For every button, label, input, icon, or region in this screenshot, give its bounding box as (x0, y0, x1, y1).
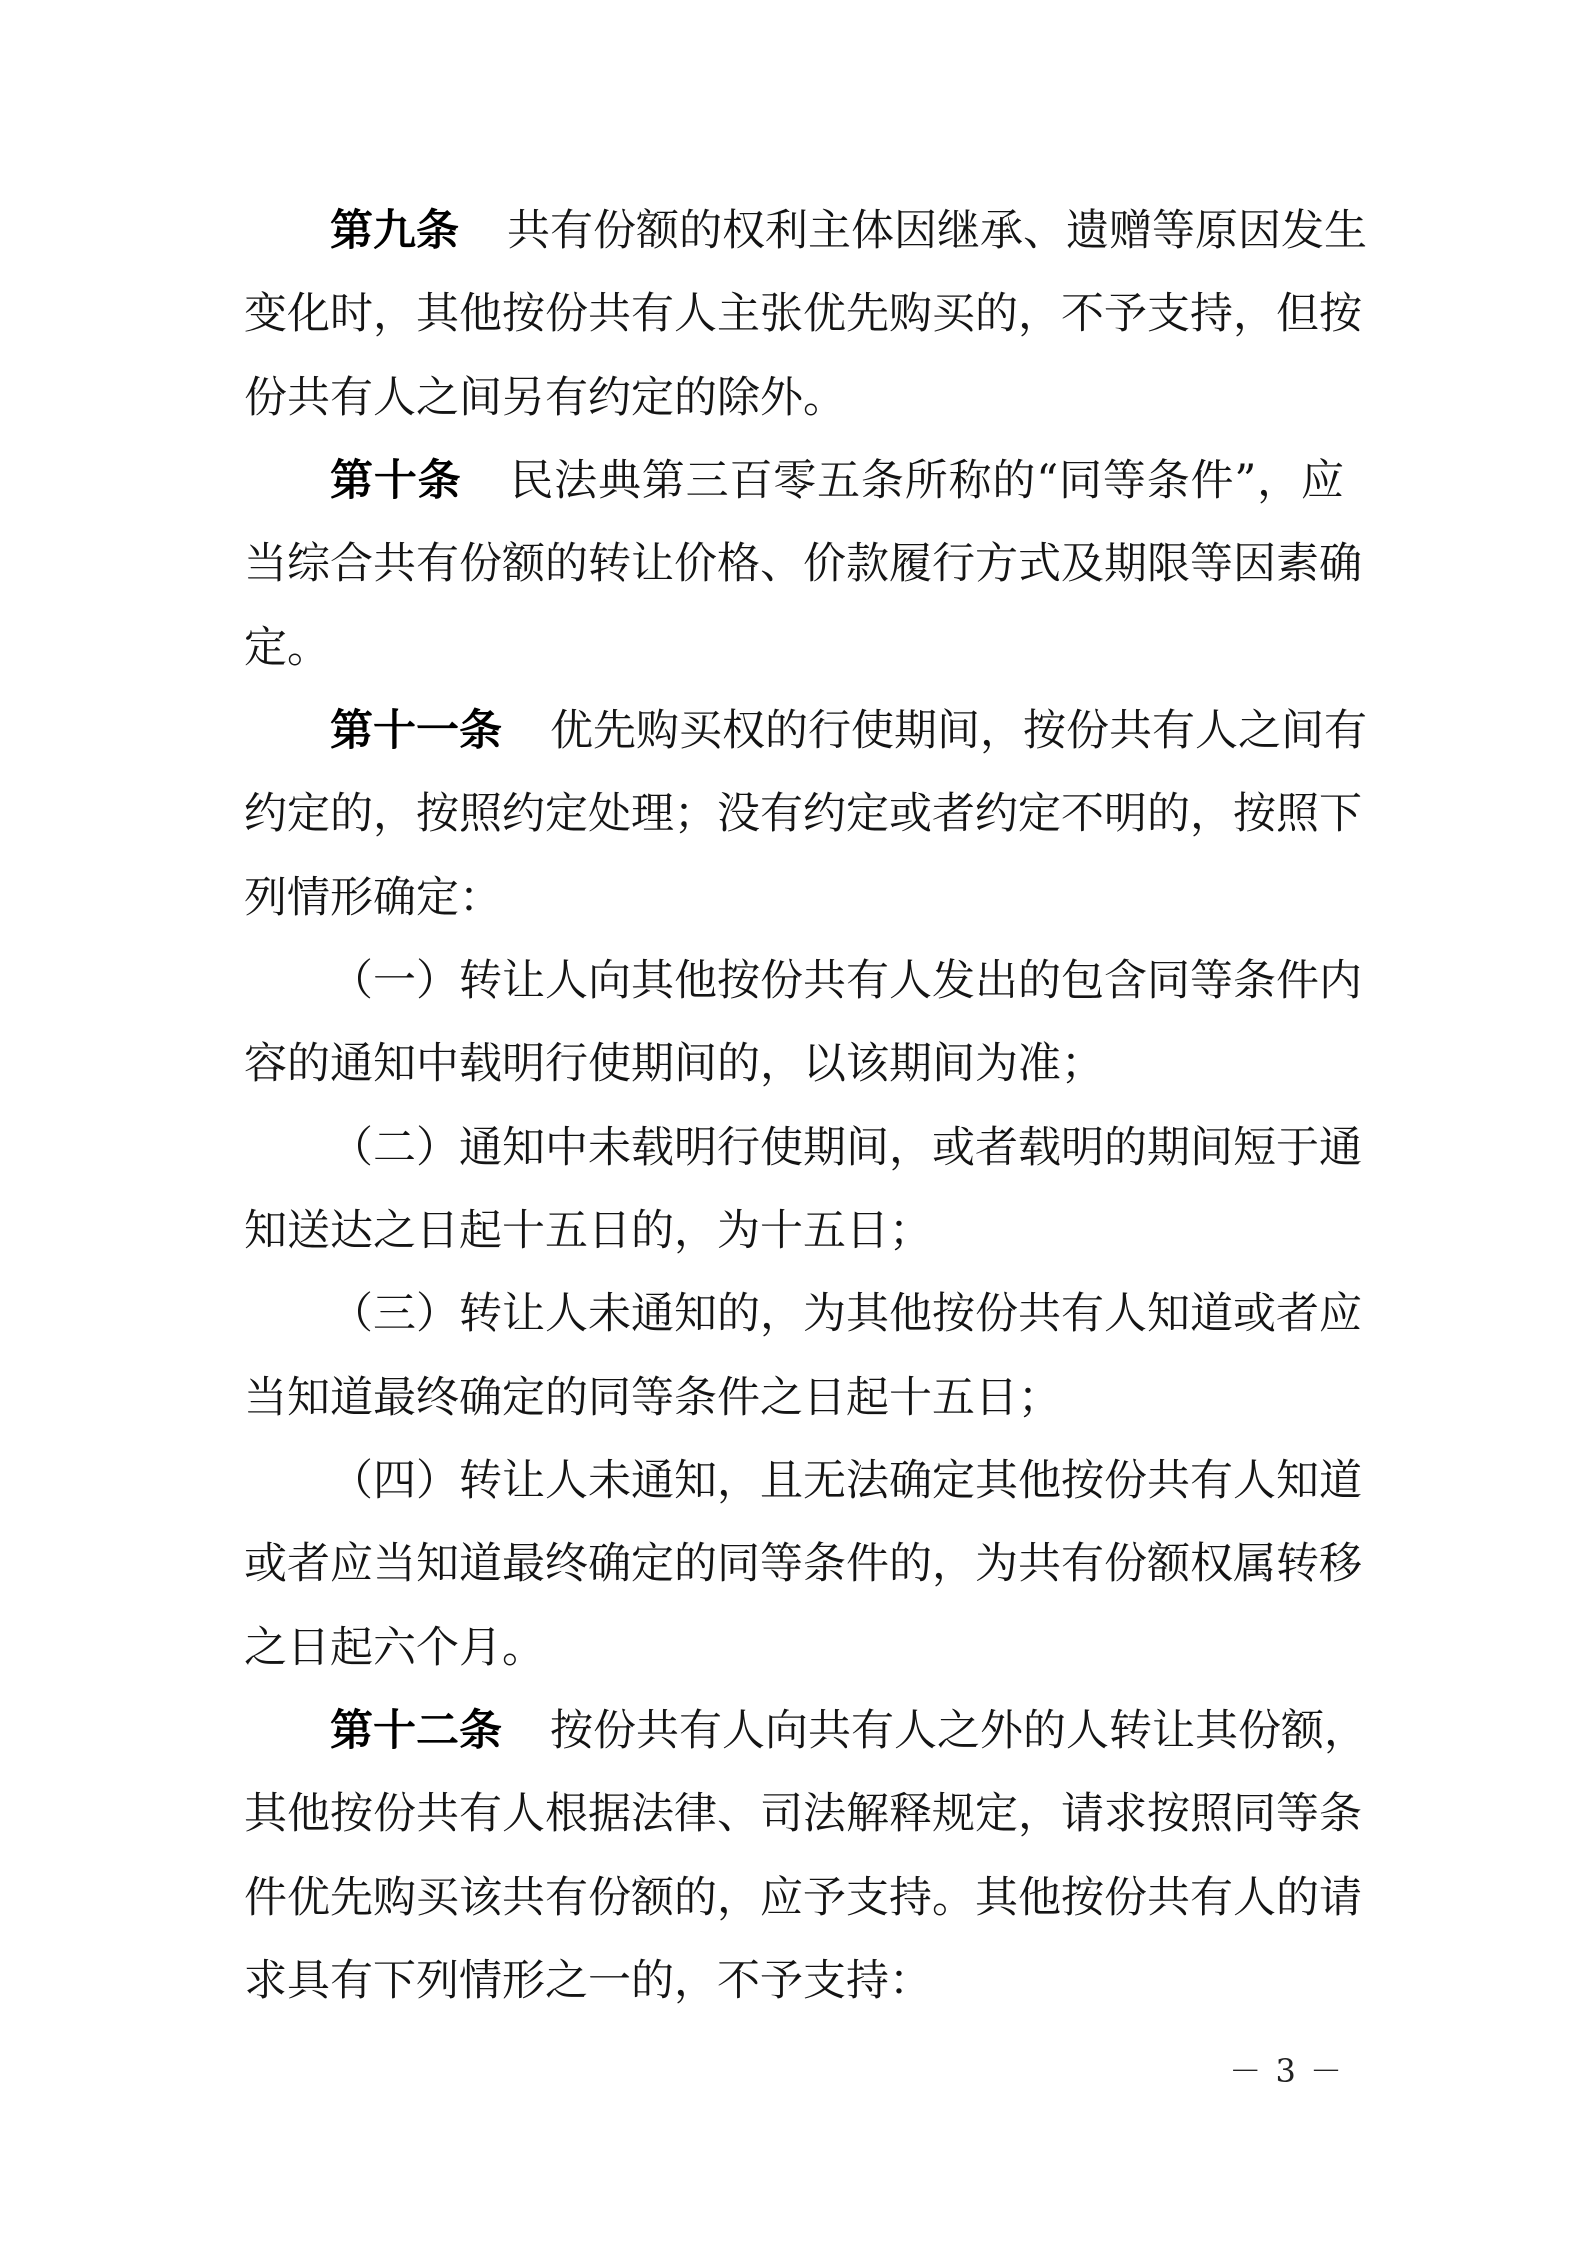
article-11: 第十一条优先购买权的行使期间，按份共有人之间有 约定的，按照约定处理；没有约定或… (244, 690, 1344, 940)
article-line: 第九条共有份额的权利主体因继承、遗赠等原因发生 (244, 190, 1344, 273)
list-item-4: （四）转让人未通知，且无法确定其他按份共有人知道 或者应当知道最终确定的同等条件… (244, 1440, 1344, 1690)
article-10: 第十条民法典第三百零五条所称的“同等条件”，应 当综合共有份额的转让价格、价款履… (244, 440, 1344, 690)
list-item-1: （一）转让人向其他按份共有人发出的包含同等条件内 容的通知中载明行使期间的，以该… (244, 940, 1344, 1107)
item-line: （四）转让人未通知，且无法确定其他按份共有人知道 (244, 1440, 1344, 1523)
item-line: （一）转让人向其他按份共有人发出的包含同等条件内 (244, 940, 1344, 1023)
item-line: 容的通知中载明行使期间的，以该期间为准； (244, 1023, 1344, 1106)
item-line: 知送达之日起十五日的，为十五日； (244, 1190, 1344, 1273)
article-12: 第十二条按份共有人向共有人之外的人转让其份额， 其他按份共有人根据法律、司法解释… (244, 1690, 1344, 2023)
article-9: 第九条共有份额的权利主体因继承、遗赠等原因发生 变化时，其他按份共有人主张优先购… (244, 190, 1344, 440)
article-line: 当综合共有份额的转让价格、价款履行方式及期限等因素确 (244, 523, 1344, 606)
item-line: 当知道最终确定的同等条件之日起十五日； (244, 1357, 1344, 1440)
item-line: （三）转让人未通知的，为其他按份共有人知道或者应 (244, 1273, 1344, 1356)
article-line: 第十二条按份共有人向共有人之外的人转让其份额， (244, 1690, 1344, 1773)
article-line: 列情形确定： (244, 857, 1344, 940)
article-line: 其他按份共有人根据法律、司法解释规定，请求按照同等条 (244, 1773, 1344, 1856)
article-text: 民法典第三百零五条所称的“同等条件”，应 (509, 456, 1344, 506)
article-heading: 第九条 (330, 206, 459, 256)
item-line: 之日起六个月。 (244, 1607, 1344, 1690)
document-page: 第九条共有份额的权利主体因继承、遗赠等原因发生 变化时，其他按份共有人主张优先购… (0, 0, 1587, 2245)
article-text: 按份共有人向共有人之外的人转让其份额， (550, 1706, 1367, 1756)
list-item-2: （二）通知中未载明行使期间，或者载明的期间短于通 知送达之日起十五日的，为十五日… (244, 1107, 1344, 1274)
article-line: 第十一条优先购买权的行使期间，按份共有人之间有 (244, 690, 1344, 773)
list-item-3: （三）转让人未通知的，为其他按份共有人知道或者应 当知道最终确定的同等条件之日起… (244, 1273, 1344, 1440)
document-body: 第九条共有份额的权利主体因继承、遗赠等原因发生 变化时，其他按份共有人主张优先购… (244, 190, 1344, 2023)
article-line: 约定的，按照约定处理；没有约定或者约定不明的，按照下 (244, 773, 1344, 856)
item-line: （二）通知中未载明行使期间，或者载明的期间短于通 (244, 1107, 1344, 1190)
article-line: 份共有人之间另有约定的除外。 (244, 357, 1344, 440)
article-heading: 第十二条 (330, 1706, 502, 1756)
article-heading: 第十一条 (330, 706, 502, 756)
article-line: 第十条民法典第三百零五条所称的“同等条件”，应 (244, 440, 1344, 523)
article-line: 求具有下列情形之一的，不予支持： (244, 1940, 1344, 2023)
article-line: 件优先购买该共有份额的，应予支持。其他按份共有人的请 (244, 1857, 1344, 1940)
item-line: 或者应当知道最终确定的同等条件的，为共有份额权属转移 (244, 1523, 1344, 1606)
page-number: － 3 － (1229, 2046, 1344, 2096)
article-line: 变化时，其他按份共有人主张优先购买的，不予支持，但按 (244, 273, 1344, 356)
article-text: 共有份额的权利主体因继承、遗赠等原因发生 (507, 206, 1367, 256)
article-text: 优先购买权的行使期间，按份共有人之间有 (550, 706, 1367, 756)
article-heading: 第十条 (330, 456, 461, 506)
article-line: 定。 (244, 607, 1344, 690)
